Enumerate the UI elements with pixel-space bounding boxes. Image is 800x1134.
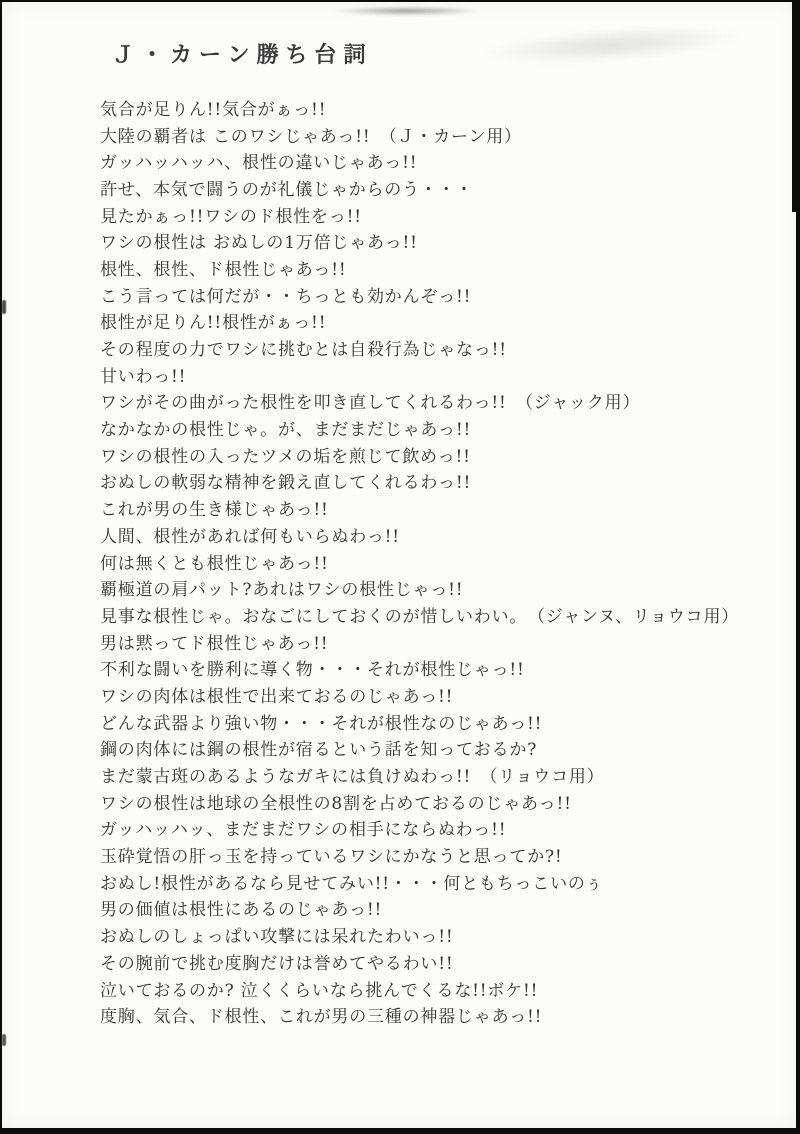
scan-nick-left-upper [2, 300, 6, 314]
quote-line: 人間、根性があれば何もいらぬわっ!! [100, 521, 760, 548]
scanned-document: Ｊ・カーン勝ち台詞 気合が足りん!!気合がぁっ!!大陸の覇者は このワシじゃあっ… [0, 0, 800, 1134]
quote-line: 見事な根性じゃ。おなごにしておくのが惜しいわい。 （ジャンヌ、リョウコ用） [100, 601, 760, 628]
quote-line: これが男の生き様じゃあっ!! [100, 494, 760, 521]
scan-smudge-title-right [481, 19, 743, 71]
quote-line: 男は黙ってド根性じゃあっ!! [100, 628, 760, 655]
quote-line: 不利な闘いを勝利に導く物・・・それが根性じゃっ!! [100, 654, 760, 681]
quote-line: 鋼の肉体には鋼の根性が宿るという話を知っておるか? [100, 735, 760, 762]
quote-line: 何は無くとも根性じゃあっ!! [100, 548, 760, 575]
quote-line: その程度の力でワシに挑むとは自殺行為じゃなっ!! [100, 334, 760, 361]
quote-lines: 気合が足りん!!気合がぁっ!!大陸の覇者は このワシじゃあっ!! （Ｊ・カーン用… [100, 94, 760, 1028]
page-title: Ｊ・カーン勝ち台詞 [112, 38, 373, 69]
quote-line: こう言っては何だが・・ちっとも効かんぞっ!! [100, 281, 760, 308]
quote-line: 根性が足りん!!根性がぁっ!! [100, 308, 760, 335]
scan-edge-right-wedge [792, 2, 796, 212]
quote-line: ワシの根性は おぬしの1万倍じゃあっ!! [100, 227, 760, 254]
quote-line: ワシの根性の入ったツメの垢を煎じて飲めっ!! [100, 441, 760, 468]
quote-line: おぬしのしょっぱい攻撃には呆れたわいっ!! [100, 921, 760, 948]
quote-line: 許せ、本気で闘うのが礼儀じゃからのう・・・ [100, 174, 760, 201]
quote-line: なかなかの根性じゃ。が、まだまだじゃあっ!! [100, 414, 760, 441]
quote-line: どんな武器より強い物・・・それが根性なのじゃあっ!! [100, 708, 760, 735]
quote-line: ワシの根性は地球の全根性の8割を占めておるのじゃあっ!! [100, 788, 760, 815]
quote-line: ワシの肉体は根性で出来ておるのじゃあっ!! [100, 681, 760, 708]
quote-line: おぬし!根性があるなら見せてみい!!・・・何ともちっこいのぅ [100, 868, 760, 895]
scan-nick-left-lower [2, 1034, 6, 1046]
quote-line: 玉砕覚悟の肝っ玉を持っているワシにかなうと思ってか?! [100, 841, 760, 868]
document-page: Ｊ・カーン勝ち台詞 気合が足りん!!気合がぁっ!!大陸の覇者は このワシじゃあっ… [2, 2, 796, 1128]
quote-line: 甘いわっ!! [100, 361, 760, 388]
quote-line: おぬしの軟弱な精神を鍛え直してくれるわっ!! [100, 468, 760, 495]
quote-line: 気合が足りん!!気合がぁっ!! [100, 94, 760, 121]
quote-line: 度胸、気合、ド根性、これが男の三種の神器じゃあっ!! [100, 1001, 760, 1028]
quote-line: ワシがその曲がった根性を叩き直してくれるわっ!! （ジャック用） [100, 388, 760, 415]
quote-line: 見たかぁっ!!ワシのド根性をっ!! [100, 201, 760, 228]
quote-line: ガッハッハッ、まだまだワシの相手にならぬわっ!! [100, 815, 760, 842]
quote-line: 男の価値は根性にあるのじゃあっ!! [100, 895, 760, 922]
quote-line: 覇極道の肩パット?あれはワシの根性じゃっ!! [100, 574, 760, 601]
quote-line: 大陸の覇者は このワシじゃあっ!! （Ｊ・カーン用） [100, 121, 760, 148]
scan-smudge-top [332, 6, 482, 16]
quote-line: 泣いておるのか? 泣くくらいなら挑んでくるな!!ボケ!! [100, 975, 760, 1002]
quote-line: その腕前で挑む度胸だけは誉めてやるわい!! [100, 948, 760, 975]
quote-line: ガッハッハッハ、根性の違いじゃあっ!! [100, 147, 760, 174]
quote-line: まだ蒙古斑のあるようなガキには負けぬわっ!! （リョウコ用） [100, 761, 760, 788]
quote-line: 根性、根性、ド根性じゃあっ!! [100, 254, 760, 281]
